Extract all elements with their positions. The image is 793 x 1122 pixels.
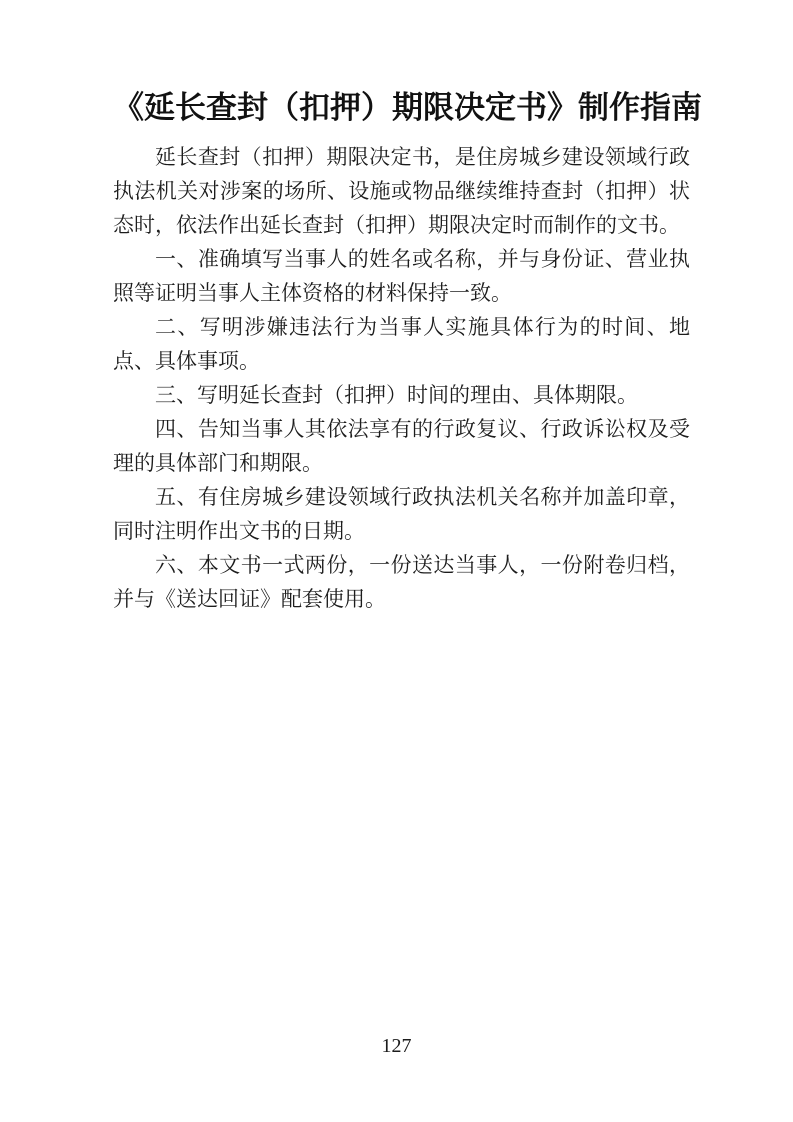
body-paragraph-item-3: 三、写明延长查封（扣押）时间的理由、具体期限。: [113, 378, 690, 412]
body-paragraph-item-6: 六、本文书一式两份，一份送达当事人，一份附卷归档，并与《送达回证》配套使用。: [113, 548, 690, 616]
body-paragraph-item-5: 五、有住房城乡建设领域行政执法机关名称并加盖印章，同时注明作出文书的日期。: [113, 480, 690, 548]
page-title: 《延长查封（扣押）期限决定书》制作指南: [113, 88, 690, 128]
body-paragraph-item-4: 四、告知当事人其依法享有的行政复议、行政诉讼权及受理的具体部门和期限。: [113, 412, 690, 480]
document-page: 《延长查封（扣押）期限决定书》制作指南 延长查封（扣押）期限决定书，是住房城乡建…: [0, 0, 793, 1122]
body-paragraph-item-1: 一、准确填写当事人的姓名或名称，并与身份证、营业执照等证明当事人主体资格的材料保…: [113, 242, 690, 310]
document-body: 延长查封（扣押）期限决定书，是住房城乡建设领域行政执法机关对涉案的场所、设施或物…: [113, 140, 690, 616]
body-paragraph-intro: 延长查封（扣押）期限决定书，是住房城乡建设领域行政执法机关对涉案的场所、设施或物…: [113, 140, 690, 242]
page-footer: 127: [0, 1034, 793, 1058]
page-number: 127: [382, 1035, 412, 1057]
body-paragraph-item-2: 二、写明涉嫌违法行为当事人实施具体行为的时间、地点、具体事项。: [113, 310, 690, 378]
